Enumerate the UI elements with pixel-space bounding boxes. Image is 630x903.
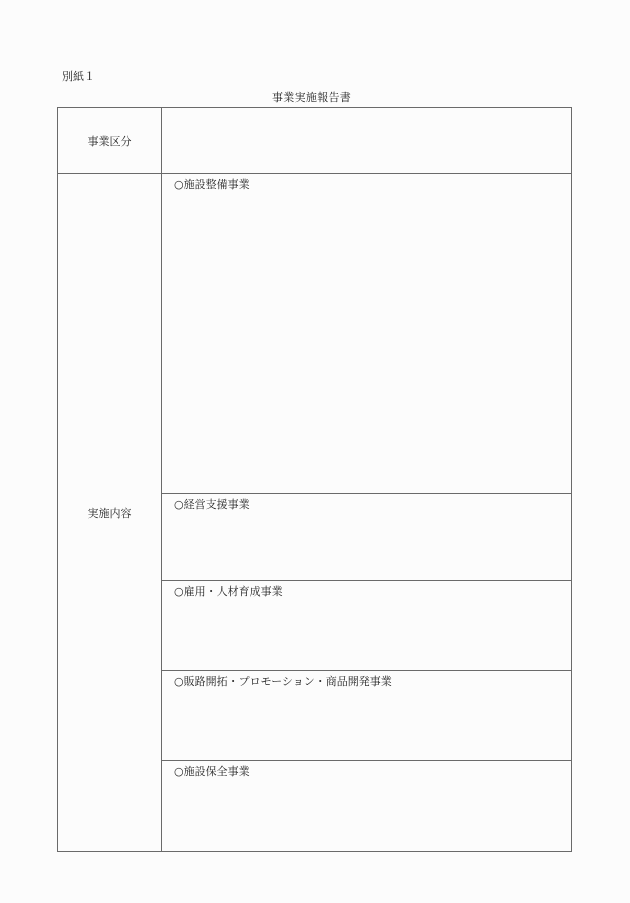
section-heading: ○雇用・人材育成事業 [174, 585, 283, 598]
implementation-content-label: 実施内容 [58, 174, 161, 852]
report-form-table: 事業区分 実施内容 ○施設整備事業 ○経営支援事業 ○雇用・人材育成事業 ○販路… [57, 107, 572, 852]
section-heading: ○経営支援事業 [174, 498, 250, 511]
business-category-field[interactable] [162, 108, 571, 173]
section-content-field[interactable] [174, 689, 571, 755]
section-content-field[interactable] [174, 599, 571, 665]
section-heading: ○施設保全事業 [174, 765, 250, 778]
attachment-label: 別紙１ [62, 70, 95, 84]
section-market-development[interactable]: ○販路開拓・プロモーション・商品開発事業 [162, 671, 571, 761]
section-management-support[interactable]: ○経営支援事業 [162, 494, 571, 581]
section-facility-development[interactable]: ○施設整備事業 [162, 174, 571, 494]
document-title: 事業実施報告書 [272, 91, 351, 105]
section-employment-hr-development[interactable]: ○雇用・人材育成事業 [162, 581, 571, 671]
business-category-label: 事業区分 [58, 108, 161, 173]
section-content-field[interactable] [174, 192, 571, 488]
section-content-field[interactable] [174, 512, 571, 575]
section-content-field[interactable] [174, 779, 571, 845]
section-heading: ○施設整備事業 [174, 178, 250, 191]
section-facility-maintenance[interactable]: ○施設保全事業 [162, 761, 571, 851]
section-heading: ○販路開拓・プロモーション・商品開発事業 [174, 675, 392, 688]
